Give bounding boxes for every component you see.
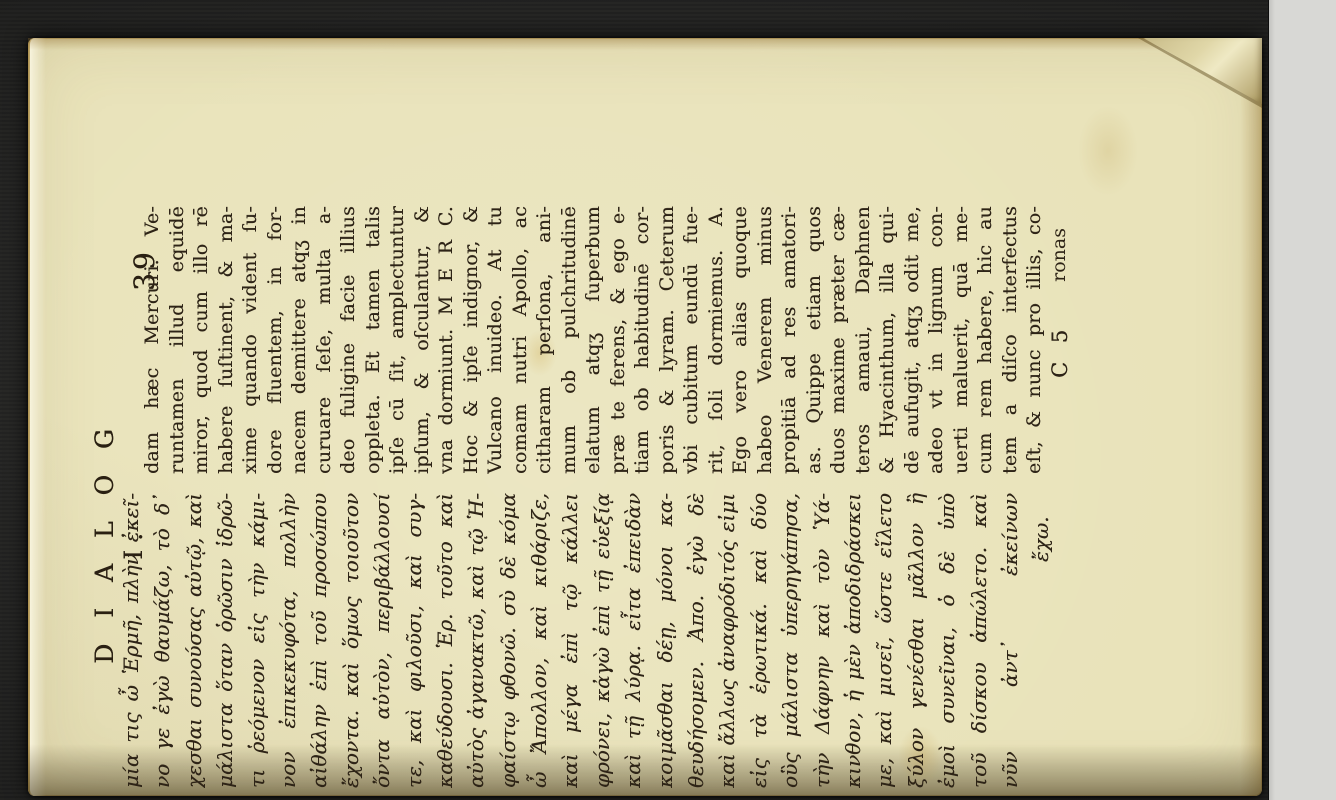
text-line: citharam perſona, ani- — [532, 206, 557, 474]
text-line: μάλιστα ὅταν ὁρῶσιν ἱδρῶ- — [210, 493, 241, 788]
text-line: dore fluentem, in for- — [263, 206, 288, 474]
text-line: oppleta. Et tamen talis — [361, 206, 386, 474]
text-line: καὶ ἄλλως ἀναφρόδιτός εἰμι — [712, 493, 743, 788]
text-line: poris & lyram. Ceterum — [655, 206, 680, 474]
text-line: cum rem habere, hic au — [973, 206, 998, 474]
text-line: vbi cubitum eundū fue- — [679, 206, 704, 474]
text-line: vna dormiunt. M E R C. — [434, 206, 459, 474]
text-line: Vulcano inuideo. At tu — [483, 206, 508, 474]
catchword: ronas — [1048, 228, 1070, 282]
text-line: uerti maluerit, quā me- — [949, 206, 974, 474]
text-line: αὐτὸς ἀγανακτῶ, καὶ τῷ Ἡ- — [461, 493, 492, 788]
text-line: comam nutri Apollo, ac — [508, 206, 533, 474]
text-line: οὓς μάλιστα ὑπερηγάπησα, — [775, 493, 806, 788]
text-line: φρόνει, κἀγὼ ἐπὶ τῇ εὐεξίᾳ — [587, 493, 618, 788]
text-line: τοῦ δίσκου ἀπώλετο. καὶ — [964, 493, 995, 788]
text-line: ἐμοὶ συνεῖναι, ὁ δὲ ὑπὸ — [932, 493, 963, 788]
signature-mark: C 5 — [1048, 324, 1072, 378]
text-line: elatum atqʒ ſuperbum — [581, 206, 606, 474]
text-line: φαίστῳ φθονῶ. σὺ δὲ κόμα — [493, 493, 524, 788]
scanned-book-page: D I A L O G I. 39 μία τις ὦ Ἑρμῆ, πλὴν ἐ… — [28, 38, 1262, 796]
page-top-edge — [28, 38, 46, 796]
text-line: νον ἐπικεκυφότα, πολλὴν — [273, 493, 304, 788]
text-line: καθεύδουσι. Ἑρ. τοῦτο καὶ — [430, 493, 461, 788]
greek-text-column: μία τις ὦ Ἑρμῆ, πλὴν ἐκεῖ-νο γε ἐγὼ θαυμ… — [116, 493, 1058, 788]
text-line: xime quando vident ſu- — [238, 206, 263, 474]
text-line: τὴν Δάφνην καὶ τὸν Ὑά- — [807, 493, 838, 788]
text-line: nacem demittere atqʒ in — [287, 206, 312, 474]
text-line: dam hæc Mercuri. Ve- — [140, 206, 165, 474]
text-line: νῦν ἀντ᾽ ἐκείνων στεφάνους — [995, 493, 1026, 788]
text-line: miror, quod cum illo rē — [189, 206, 214, 474]
text-line: αἰθάλην ἐπὶ τοῦ προσώπου — [304, 493, 335, 788]
text-line: eſt, & nunc pro illis, co- — [1022, 206, 1047, 474]
text-line: Hoc & ipſe indignor, & — [459, 206, 484, 474]
text-line: τι ῥεόμενον εἰς τὴν κάμι- — [242, 493, 273, 788]
signature-line: C 5 ronas — [1048, 206, 1074, 474]
paper-stain — [1078, 106, 1138, 196]
text-line: mum ob pulchritudinē — [557, 206, 582, 474]
text-line: εἰς τὰ ἐρωτικά. καὶ δύο γοῦν, — [744, 493, 775, 788]
text-line: adeo vt in lignum con- — [924, 206, 949, 474]
text-line: as. Quippe etiam quos — [802, 206, 827, 474]
text-line: ἔχω. ⁓ — [1026, 493, 1057, 562]
text-line: runtamen illud equidē — [165, 206, 190, 474]
text-line: habere ſuſtinent, & ma- — [214, 206, 239, 474]
text-line: με, καὶ μισεῖ, ὥστε εἵλετο — [869, 493, 900, 788]
text-line: θευδήσομεν. Ἀπο. ἐγὼ δὲ — [681, 493, 712, 788]
text-line: habeo Venerem minus — [753, 206, 778, 474]
text-line: ὄντα αὐτὸν, περιβάλλουσί — [367, 493, 398, 788]
text-line: Ego vero alias quoque — [728, 206, 753, 474]
text-line: rit, ſoli dormiemus. A. — [704, 206, 729, 474]
text-line: præ te ferens, & ego e- — [606, 206, 631, 474]
latin-text-column: dam hæc Mercuri. Ve-runtamen illud equid… — [140, 206, 1047, 474]
text-line: ξύλον γενέσθαι μᾶλλον ἢ — [901, 493, 932, 788]
book-photo-background: D I A L O G I. 39 μία τις ὦ Ἑρμῆ, πλὴν ἐ… — [0, 0, 1268, 800]
text-line: ipſum, & oſculantur, & — [410, 206, 435, 474]
page-fore-edge — [28, 38, 1262, 50]
text-line: κινθον, ἡ μὲν ἀποδιδράσκει — [838, 493, 869, 788]
text-line: χεσθαι συνούσας αὐτῷ, καὶ — [179, 493, 210, 788]
text-line: καὶ τῇ λύρᾳ. εἶτα ἐπειδὰν — [618, 493, 649, 788]
text-line: καὶ μέγα ἐπὶ τῷ κάλλει — [555, 493, 586, 788]
text-line: τε, καὶ φιλοῦσι, καὶ συγ- — [399, 493, 430, 788]
text-line: & Hyacinthum, illa qui- — [875, 206, 900, 474]
text-line: ipſe cū ſit, amplectuntur — [385, 206, 410, 474]
text-line: duos maxime præter cæ- — [826, 206, 851, 474]
text-line: κοιμᾶσθαι δέῃ, μόνοι κα- — [650, 493, 681, 788]
text-line: deo fuligine facie illius — [336, 206, 361, 474]
text-line: propitiā ad res amatori- — [777, 206, 802, 474]
text-line: dē aufugit, atqʒ odit me, — [900, 206, 925, 474]
text-line: curuare ſeſe, multa a- — [312, 206, 337, 474]
text-line: tiam ob habitudinē cor- — [630, 206, 655, 474]
text-line: teros amaui, Daphnen — [851, 206, 876, 474]
text-line: tem a diſco interfectus — [998, 206, 1023, 474]
text-line: μία τις ὦ Ἑρμῆ, πλὴν ἐκεῖ- — [116, 493, 147, 788]
text-line: νο γε ἐγὼ θαυμάζω, τὸ δ᾽ ἀνέ- — [147, 493, 178, 788]
page-bottom-edge — [1240, 38, 1262, 796]
metadata-sidebar: gefördert durch Baden-Württemberg MINIST… — [1268, 0, 1336, 800]
text-line: ἔχοντα. καὶ ὅμως τοιοῦτον — [336, 493, 367, 788]
text-line: ὦ Ἄπολλον, καὶ κιθάριζε, — [524, 493, 555, 788]
